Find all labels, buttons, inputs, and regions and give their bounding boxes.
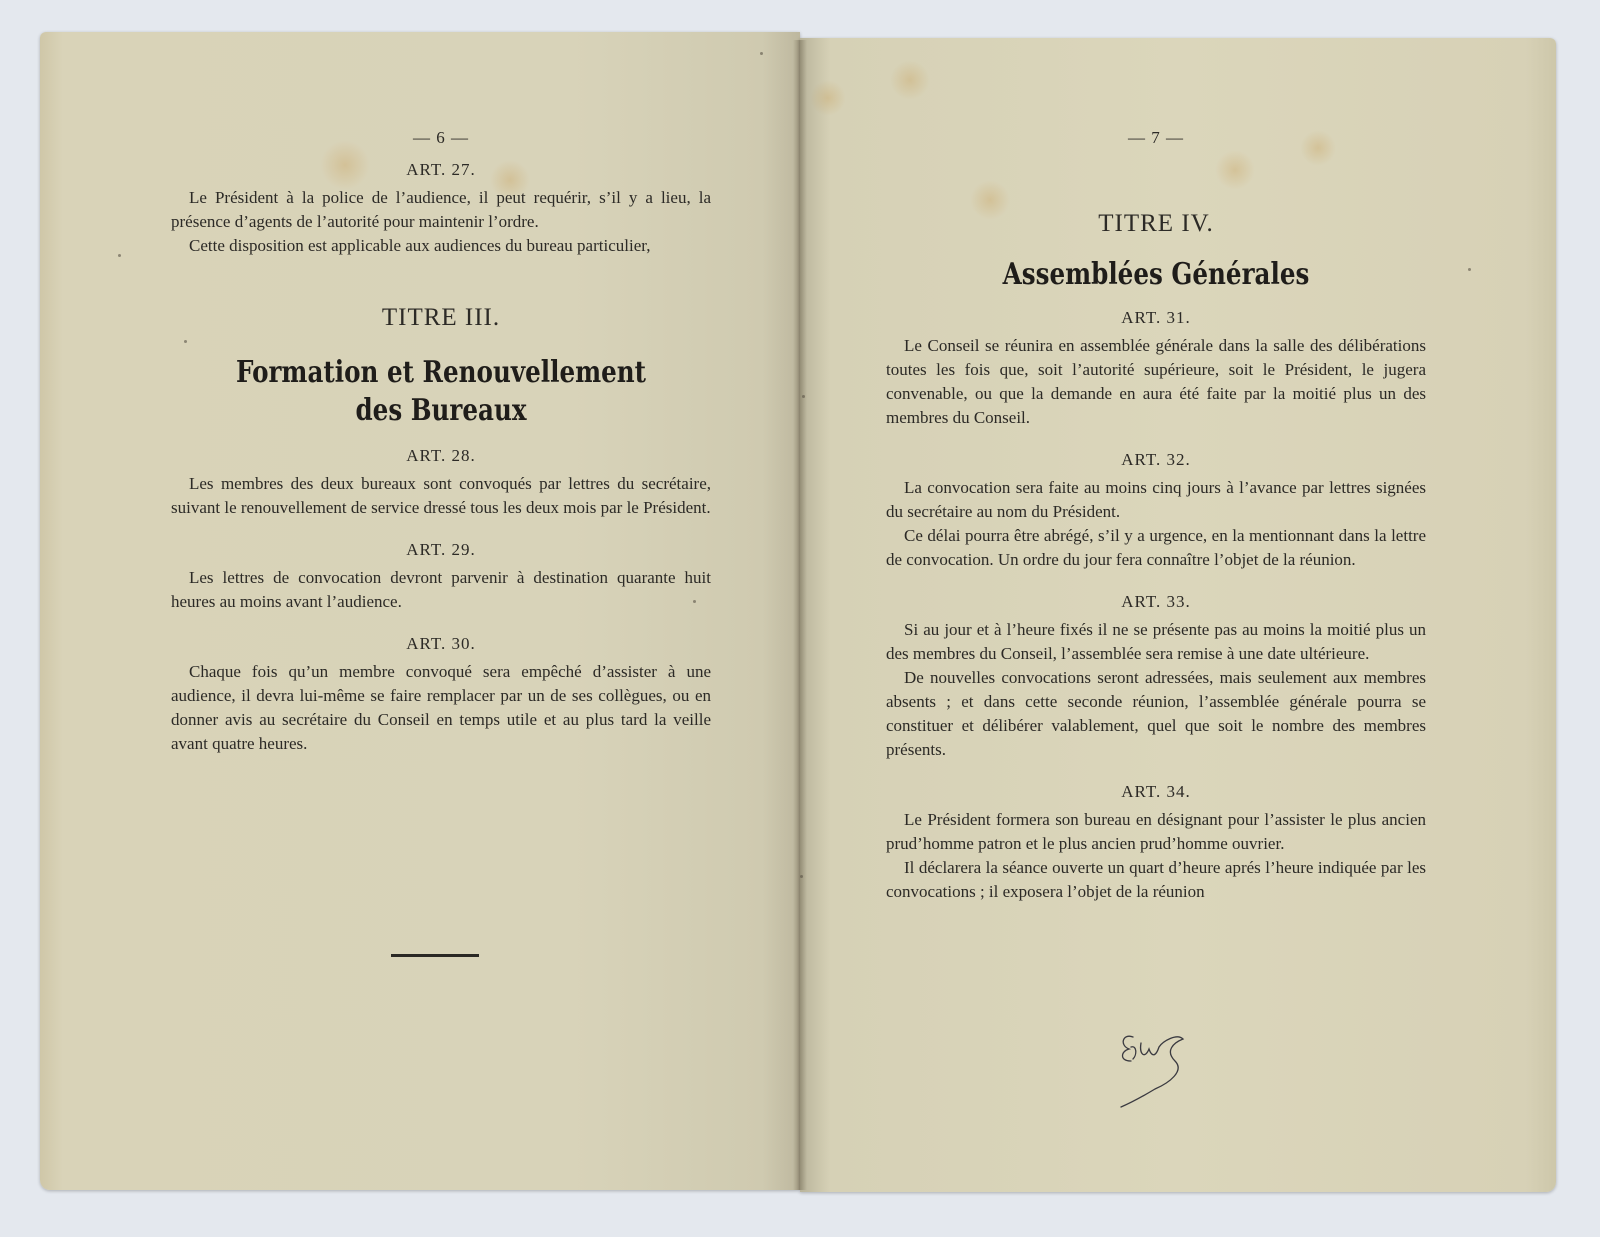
article-label: ART. 27. xyxy=(171,160,711,180)
titre-label: TITRE III. xyxy=(171,304,711,332)
article-paragraph: De nouvelles convocations seront adressé… xyxy=(886,666,1426,762)
page-number: — 6 — xyxy=(171,128,711,148)
paper-speck xyxy=(184,340,187,343)
page-number: — 7 — xyxy=(886,128,1426,148)
left-page-text: — 6 — ART. 27. Le Président à la police … xyxy=(171,128,711,756)
paper-speck xyxy=(800,875,803,878)
section-heading: Assemblées Générales xyxy=(935,256,1378,294)
section-heading: Formation et Renouvellement xyxy=(220,354,663,392)
right-page-text: — 7 — TITRE IV. Assemblées Générales ART… xyxy=(886,128,1426,904)
article-paragraph: Les lettres de convocation devront parve… xyxy=(171,566,711,614)
titre-label: TITRE IV. xyxy=(886,210,1426,238)
article-label: ART. 33. xyxy=(886,592,1426,612)
end-rule xyxy=(391,954,479,957)
article-paragraph: Le Président à la police de l’audience, … xyxy=(171,186,711,234)
paper-speck xyxy=(1468,268,1471,271)
article-paragraph: Cette disposition est applicable aux aud… xyxy=(171,234,711,258)
article-paragraph: Si au jour et à l’heure fixés il ne se p… xyxy=(886,618,1426,666)
foxing-stain xyxy=(810,80,846,116)
article-label: ART. 32. xyxy=(886,450,1426,470)
article-paragraph: Le Président formera son bureau en désig… xyxy=(886,808,1426,856)
paper-speck xyxy=(118,254,121,257)
article-label: ART. 34. xyxy=(886,782,1426,802)
article-paragraph: La convocation sera faite au moins cinq … xyxy=(886,476,1426,524)
article-label: ART. 29. xyxy=(171,540,711,560)
article-paragraph: Ce délai pourra être abrégé, s’il y a ur… xyxy=(886,524,1426,572)
paper-speck xyxy=(802,395,805,398)
book-gutter xyxy=(793,40,807,1190)
open-booklet: — 6 — ART. 27. Le Président à la police … xyxy=(0,0,1600,1237)
signature-icon xyxy=(1115,1025,1215,1110)
section-heading: des Bureaux xyxy=(220,392,663,430)
article-label: ART. 31. xyxy=(886,308,1426,328)
article-label: ART. 28. xyxy=(171,446,711,466)
article-paragraph: Le Conseil se réunira en assemblée génér… xyxy=(886,334,1426,430)
article-label: ART. 30. xyxy=(171,634,711,654)
foxing-stain xyxy=(890,60,930,100)
article-paragraph: Les membres des deux bureaux sont convoq… xyxy=(171,472,711,520)
article-paragraph: Chaque fois qu’un membre convoqué sera e… xyxy=(171,660,711,756)
article-paragraph: Il déclarera la séance ouverte un quart … xyxy=(886,856,1426,904)
paper-speck xyxy=(693,600,696,603)
paper-speck xyxy=(760,52,763,55)
